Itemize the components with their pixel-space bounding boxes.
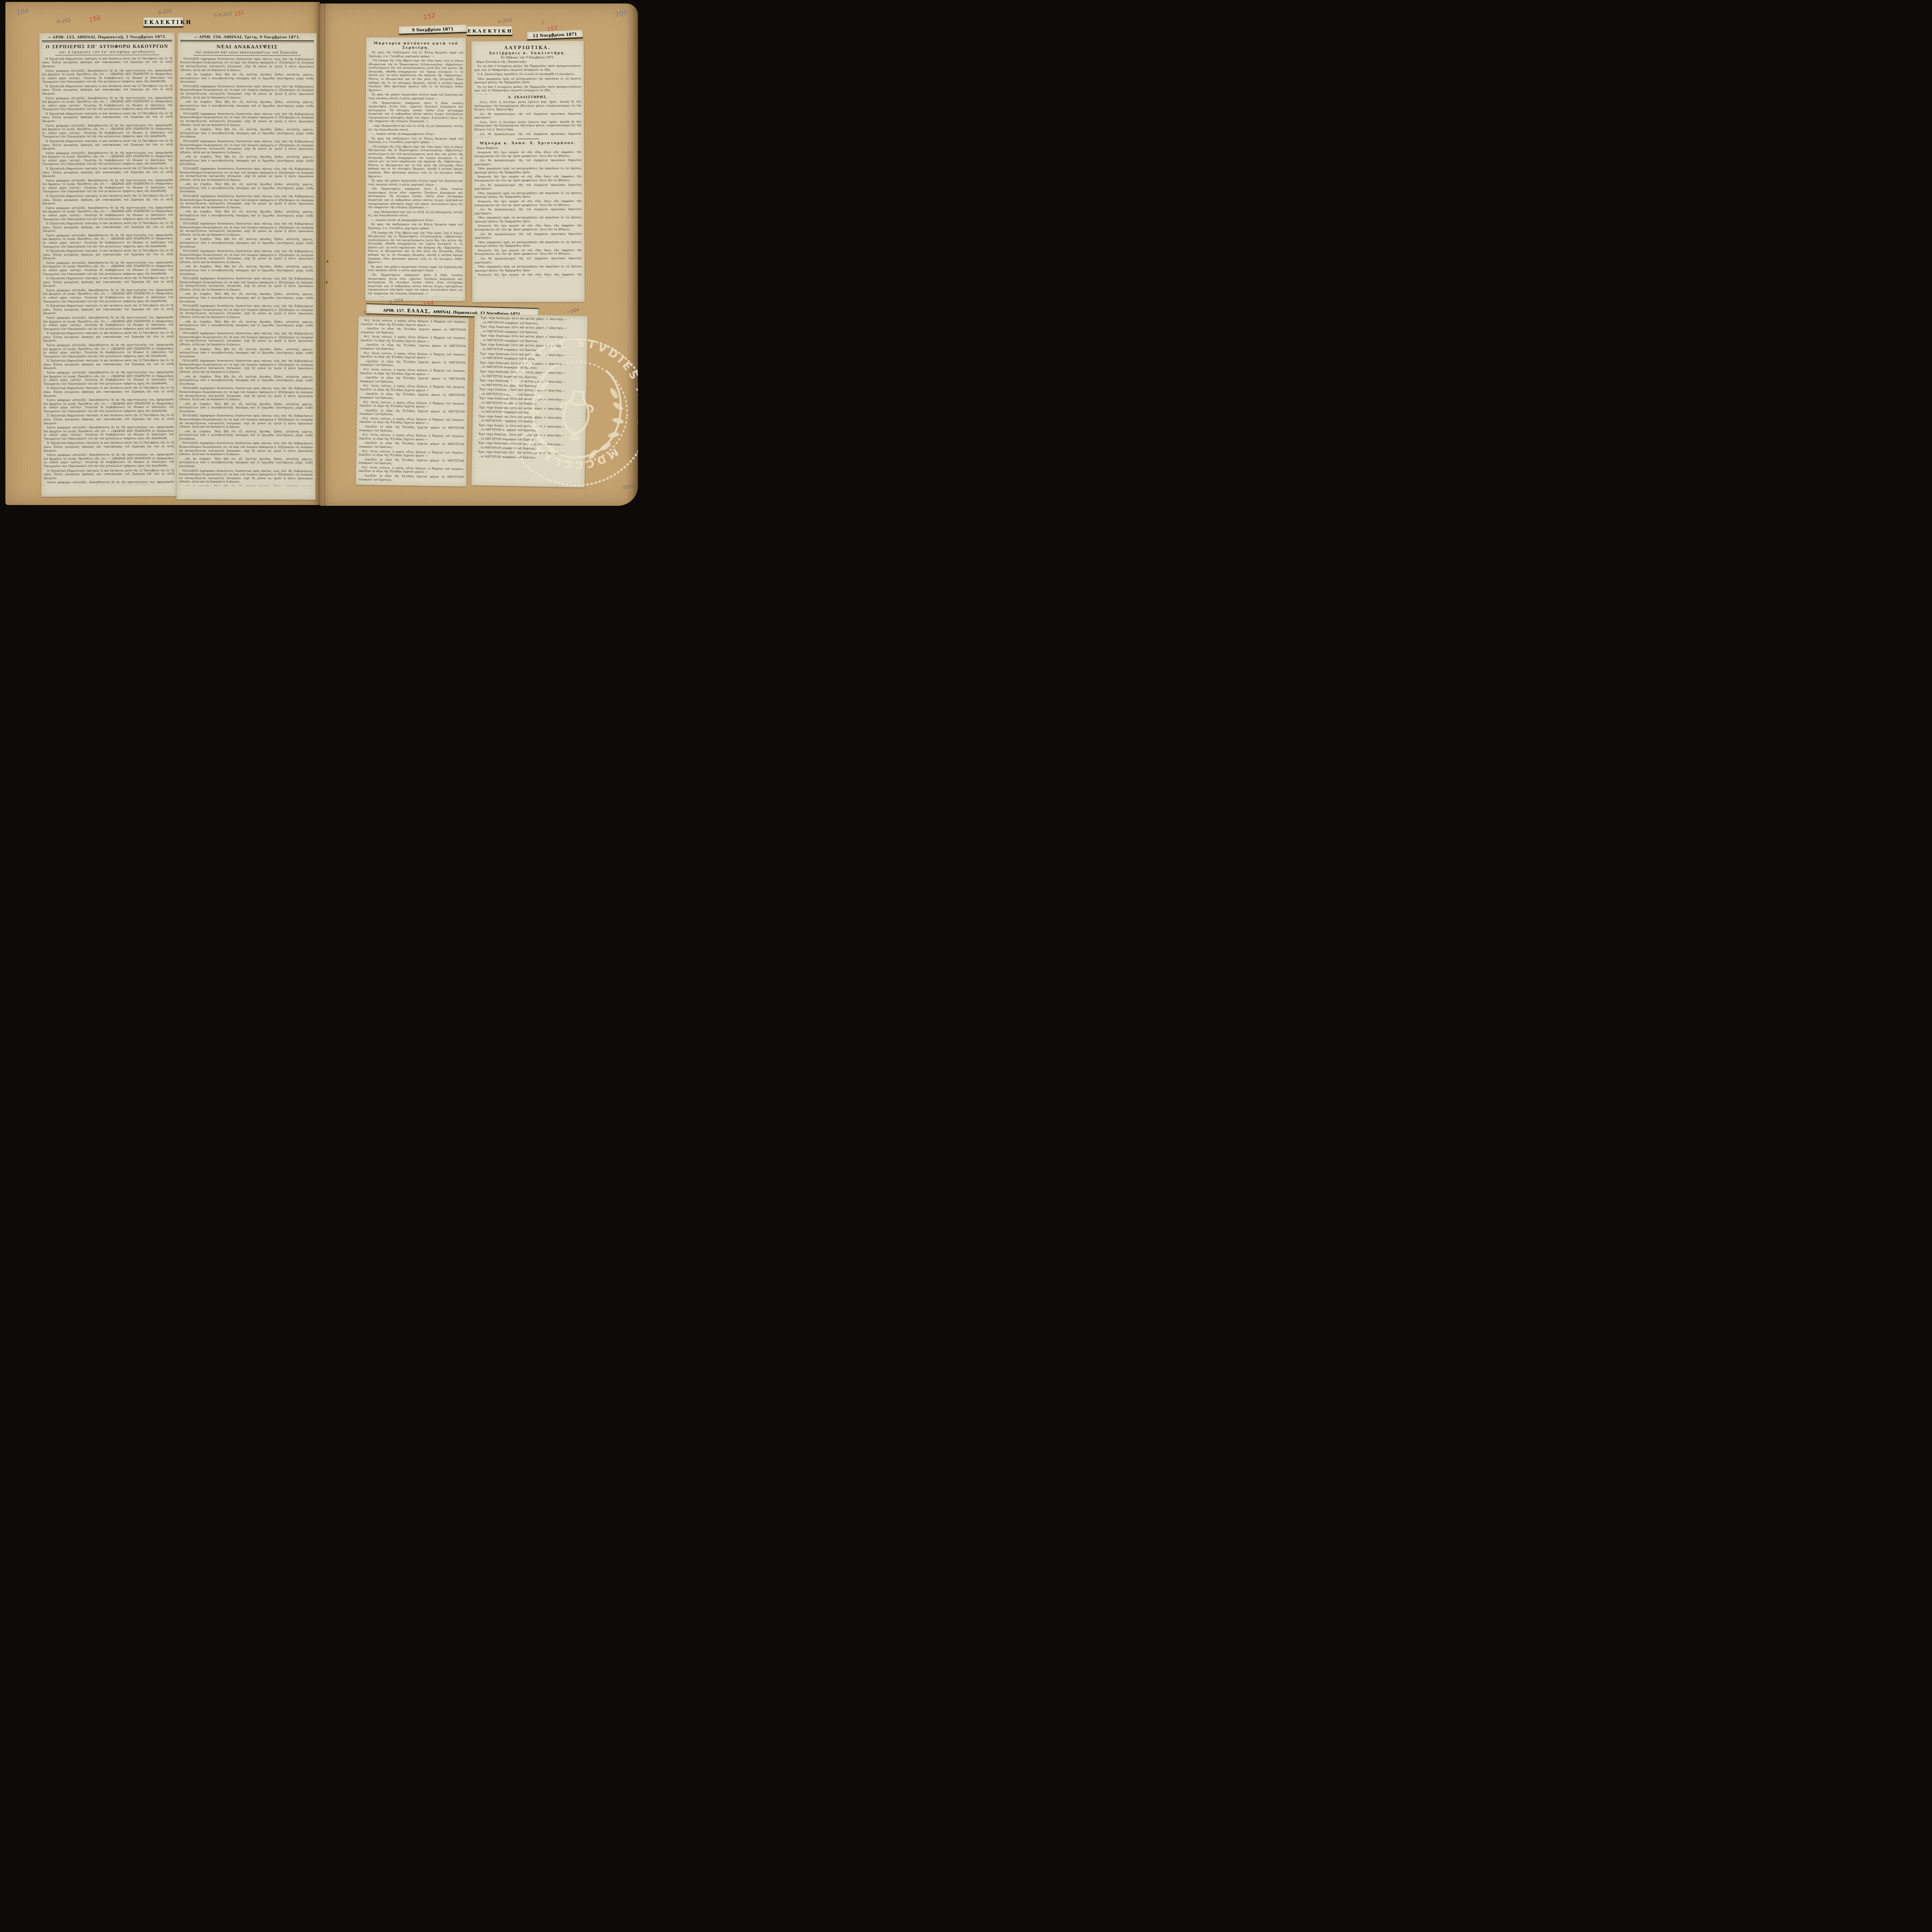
date-strip-9-november: 9 Νοεμβρίου 1871	[399, 25, 467, 35]
binding-hole	[327, 260, 328, 263]
section-divider	[517, 139, 539, 139]
double-rule	[42, 40, 172, 42]
masthead-eklektiki-right: ΕΚΛΕΚΤΙΚΗ	[467, 26, 512, 36]
right-page-edge-shadow	[626, 3, 638, 506]
page-number-left: 104	[16, 7, 29, 17]
clipping3-headline: Μαρτυρία αὐτόπτου κατὰ τοῦ Σερπιέρη.	[369, 41, 463, 50]
clipping1-headline: Ο ΣΕΡΠΙΕΡΗΣ ΕΠ’ ΑΥΤΟΦΟΡΩ ΚΑΚΟΥΡΓΩΝ	[42, 44, 172, 49]
clipping5-paper-title: ΕΛΛΑΣ,	[407, 308, 431, 314]
clipping2-headline: ΝΕΑΙ ΑΝΑΚΑΛΥΨΕΙΣ	[180, 44, 314, 49]
clipping-lavriotika: ΛΑΥΡΙΩΤΙΚΑ. Ἀντίῤῥησις κ. Σκαλιστήρη. Ἐν…	[471, 41, 585, 302]
clipping2-body-text: ΠΟΛΛΑΚΙΣ ἐγράψαμεν δεικνύοντες δυσπιστία…	[179, 57, 314, 486]
scrapbook-page-right: 105 152 d-203 e-203 f 153 9 Νοεμβρίου 18…	[320, 3, 638, 506]
gutter-crease	[324, 3, 325, 506]
scanned-scrapbook-spread: 104 b-201 150 a-201 Col-202 151 ΕΚΛΕΚΤΙΚ…	[0, 0, 643, 507]
clipping4-body-b: Ἀναγνοὺς δὲν ἔχω καιρὸν νὰ σᾶς εἴδω ὅπως…	[474, 150, 582, 278]
pencil-annotation-f: f	[541, 20, 544, 26]
clipping2-issue-line: — ΑΡΙΘ. 156. ΑΘΗΝΑΙ, Τρίτῃ, 9 Νοεμβρίου …	[180, 35, 314, 40]
scrapbook-page-left: 104 b-201 150 a-201 Col-202 151 ΕΚΛΕΚΤΙΚ…	[5, 2, 320, 505]
red-annotation-152: 152	[423, 12, 436, 21]
pencil-annotation-b201: b-201	[56, 17, 71, 25]
clipping4-signature: Δ. ΣΚΑΛΙΣΤΗΡΗΣ.	[474, 95, 581, 100]
date-strip-12-november: 12 Νοεμβρίου 1871	[527, 30, 583, 41]
clipping5-right-column: Ἔχει τάχα δικαίωμα; ἔστω καὶ φιλίας χάρι…	[471, 314, 588, 488]
clipping5-left-text: Ἀλλ’ ἐκτὸς τούτων, ὁ κακὸς οὗτος δαίμων,…	[359, 318, 466, 484]
clipping1-subhead: καὶ ἡ ἐφημερίς του ἐπ’ αὐτοφόρῳ ψευδομέν…	[42, 49, 172, 54]
clipping-martyria: Μαρτυρία αὐτόπτου κατὰ τοῦ Σερπιέρη. Ὡς …	[365, 37, 466, 301]
clipping-arith-155: — ΑΡΙΘ. 155. ΑΘΗΝΑΙ, Παρασκευῇ, 5 Νοεμβρ…	[39, 32, 177, 497]
clipping4-subhead: Ἀντίῤῥησις κ. Σκαλιστήρη.	[474, 51, 581, 56]
pencil-annotation-e203: e-203	[497, 17, 512, 25]
red-annotation-151: 151	[233, 9, 245, 18]
pencil-annotation-a201: a-201	[158, 8, 173, 15]
binding-hole	[326, 281, 328, 284]
masthead-eklektiki-left: ΕΚΛΕΚΤΙΚΗ	[143, 17, 183, 27]
thin-rule	[193, 55, 301, 56]
catalog-number: 5056	[622, 483, 635, 490]
clipping-arith-156: — ΑΡΙΘ. 156. ΑΘΗΝΑΙ, Τρίτῃ, 9 Νοεμβρίου …	[176, 33, 316, 500]
clipping1-issue-line: — ΑΡΙΘ. 155. ΑΘΗΝΑΙ, Παρασκευῇ, 5 Νοεμβρ…	[42, 35, 172, 39]
clipping4-body-c: …ἴσως, διότι ἡ ἀνωτέρω μνεία ἐγένετο παρ…	[474, 100, 581, 138]
clipping4-headline: ΛΑΥΡΙΩΤΙΚΑ.	[474, 45, 581, 51]
clipping5-left-column: Ἀλλ’ ἐκτὸς τούτων, ὁ κακὸς οὗτος δαίμων,…	[356, 316, 469, 486]
clipping4-salutation2: Κύριε Κορέσιε,	[474, 146, 582, 150]
thin-rule	[55, 54, 159, 55]
pencil-annotation-i204: i-204	[567, 307, 580, 315]
clipping4-dateline: Ἐν Ἀθήναις τὴν 9 Νοεμβρίου 1871.	[474, 56, 581, 60]
double-rule	[180, 40, 314, 43]
clipping1-body-text: Ἡ Ἐκλεκτικὴ ἐδημοσίευσε τακτικῶς τε καὶ …	[42, 56, 174, 485]
red-annotation-150: 150	[88, 14, 101, 24]
clipping3-body-text: Ὡς πρὸς τὴν ὑπεξαίρεσιν τῶν ἐν Ἑλένῃ Σκω…	[368, 51, 463, 298]
clipping4-section2-heading: Μήνυμα κ. Ἀνασ. Χ. Χριστομάνου.	[474, 141, 582, 146]
pencil-annotation-col202: Col-202	[214, 11, 232, 18]
clipping5-issue-number: ΑΡΙΘ. 157.	[383, 308, 405, 313]
clipping4-body-a: Ἐν τῷ ἀπὸ 5 ἱσταμένου φύλλῳ τῆς Ἐφημερίδ…	[474, 64, 581, 95]
page-number-right: 105	[614, 9, 628, 19]
clipping2-subhead: ἐπὶ παλαιῶν καὶ νέων κακουργημάτων τοῦ Σ…	[180, 50, 314, 54]
clipping4-salutation: Κύριε Συντάκτα τῆς «Ἐκλεκτικῆς»	[474, 60, 581, 64]
clipping5-right-text: Ἔχει τάχα δικαίωμα; ἔστω καὶ φιλίας χάρι…	[474, 316, 585, 485]
